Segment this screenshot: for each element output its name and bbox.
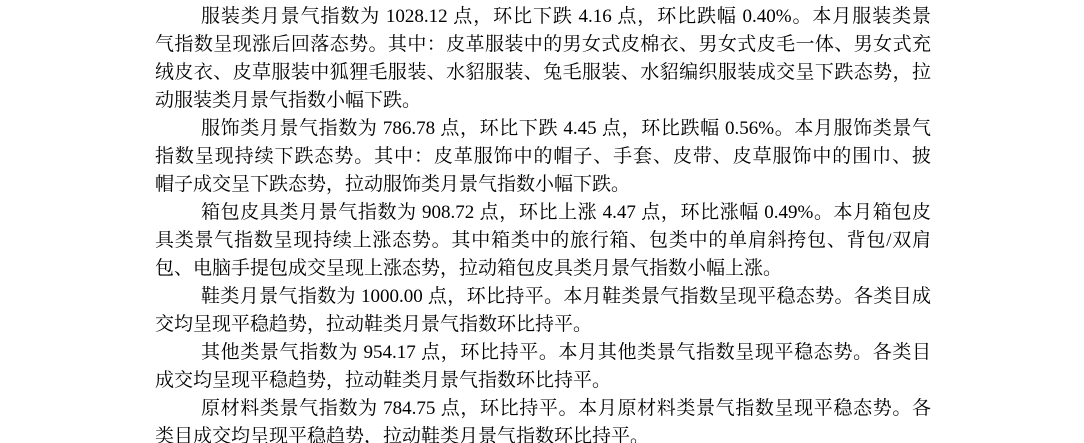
text-line: 气指数呈现涨后回落态势。其中：皮革服装中的男女式皮棉衣、男女式皮毛一体、男女式充 [155,31,931,59]
text-line: 帽子成交呈下跌态势，拉动服饰类月景气指数小幅下跌。 [155,171,931,199]
text-line: 原材料类景气指数为 784.75 点，环比持平。本月原材料类景气指数呈现平稳态势… [155,395,931,423]
text-line: 类目成交均呈现平稳趋势，拉动鞋类月景气指数环比持平。 [155,423,931,443]
paragraph-raw-materials-index: 原材料类景气指数为 784.75 点，环比持平。本月原材料类景气指数呈现平稳态势… [155,395,931,443]
text-line: 成交均呈现平稳趋势，拉动鞋类月景气指数环比持平。 [155,367,931,395]
text-line: 动服装类月景气指数小幅下跌。 [155,87,931,115]
paragraph-others-index: 其他类景气指数为 954.17 点，环比持平。本月其他类景气指数呈现平稳态势。各… [155,339,931,395]
text-line: 其他类景气指数为 954.17 点，环比持平。本月其他类景气指数呈现平稳态势。各… [155,339,931,367]
paragraph-clothing-index: 服装类月景气指数为 1028.12 点，环比下跌 4.16 点，环比跌幅 0.4… [155,3,931,115]
text-line: 鞋类月景气指数为 1000.00 点，环比持平。本月鞋类景气指数呈现平稳态势。各… [155,283,931,311]
text-line: 箱包皮具类月景气指数为 908.72 点，环比上涨 4.47 点，环比涨幅 0.… [155,199,931,227]
text-line: 服装类月景气指数为 1028.12 点，环比下跌 4.16 点，环比跌幅 0.4… [155,3,931,31]
text-line: 绒皮衣、皮草服装中狐狸毛服装、水貂服装、兔毛服装、水貂编织服装成交呈下跌态势，拉 [155,59,931,87]
paragraph-apparel-accessories-index: 服饰类月景气指数为 786.78 点，环比下跌 4.45 点，环比跌幅 0.56… [155,115,931,199]
text-line: 交均呈现平稳趋势，拉动鞋类月景气指数环比持平。 [155,311,931,339]
text-line: 服饰类月景气指数为 786.78 点，环比下跌 4.45 点，环比跌幅 0.56… [155,115,931,143]
text-line: 指数呈现持续下跌态势。其中：皮革服饰中的帽子、手套、皮带、皮草服饰中的围巾、披肩… [155,143,931,171]
text-line: 具类景气指数呈现持续上涨态势。其中箱类中的旅行箱、包类中的单肩斜挎包、背包/双肩 [155,227,931,255]
paragraph-shoes-index: 鞋类月景气指数为 1000.00 点，环比持平。本月鞋类景气指数呈现平稳态势。各… [155,283,931,339]
report-text-block: 服装类月景气指数为 1028.12 点，环比下跌 4.16 点，环比跌幅 0.4… [155,3,931,443]
document-page: 服装类月景气指数为 1028.12 点，环比下跌 4.16 点，环比跌幅 0.4… [0,0,1084,443]
text-line: 包、电脑手提包成交呈现上涨态势，拉动箱包皮具类月景气指数小幅上涨。 [155,255,931,283]
paragraph-bags-leather-index: 箱包皮具类月景气指数为 908.72 点，环比上涨 4.47 点，环比涨幅 0.… [155,199,931,283]
